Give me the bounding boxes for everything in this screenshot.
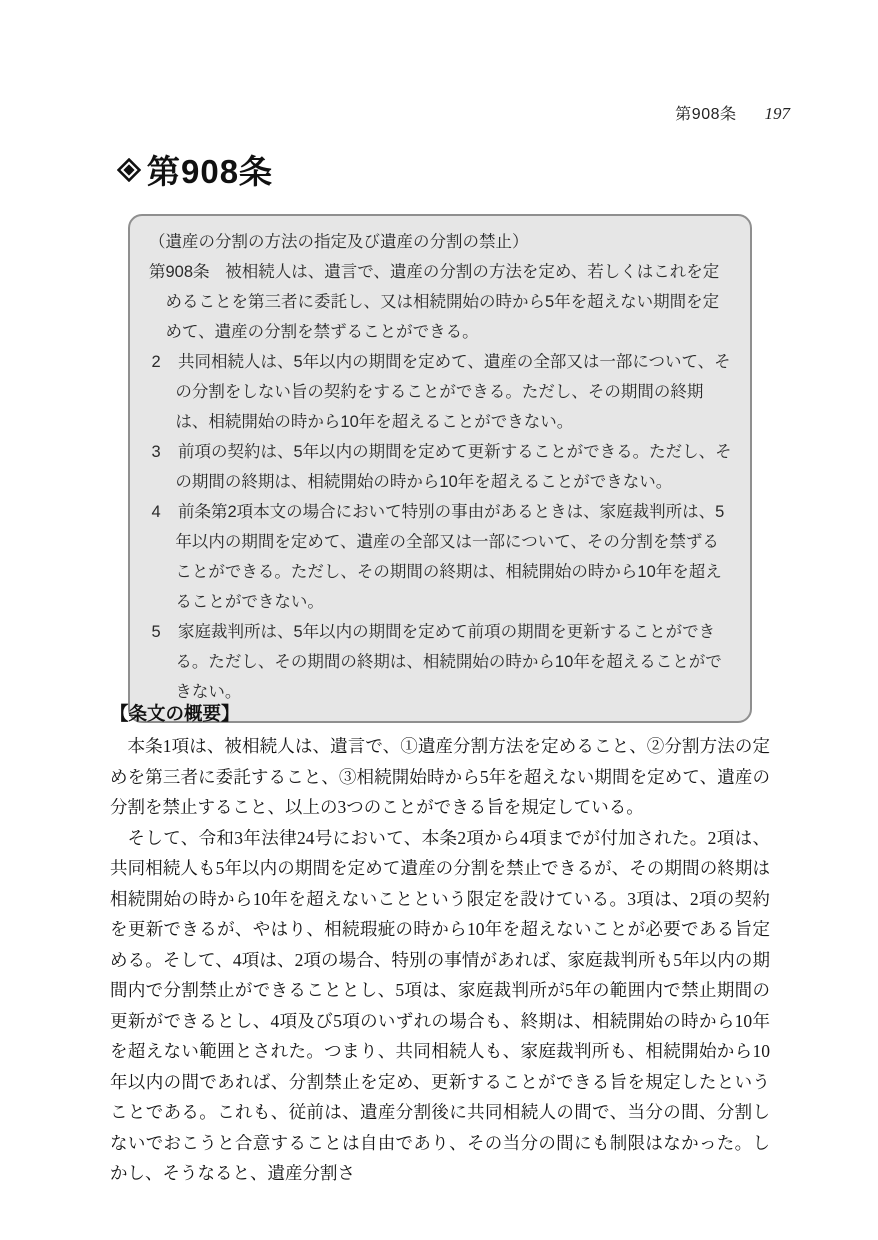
statute-heading: （遺産の分割の方法の指定及び遺産の分割の禁止） <box>149 227 732 257</box>
running-head-article: 第908条 <box>675 101 736 124</box>
statute-clause-2: 2共同相続人は、5年以内の期間を定めて、遺産の全部又は一部について、その分割をし… <box>149 347 732 437</box>
clause-label: 第908条 <box>149 263 210 281</box>
diamond-icon <box>117 158 141 182</box>
overview-paragraph-2: そして、令和3年法律24号において、本条2項から4項までが付加された。2項は、共… <box>110 823 770 1189</box>
clause-label: 5 <box>151 623 160 641</box>
statute-clause-5: 5家庭裁判所は、5年以内の期間を定めて前項の期間を更新することができる。ただし、… <box>149 617 732 707</box>
statute-clause-1: 第908条被相続人は、遺言で、遺産の分割の方法を定め、若しくはこれを定めることを… <box>149 257 732 347</box>
overview-section: 【条文の概要】 本条1項は、被相続人は、遺言で、①遺産分割方法を定めること、②分… <box>110 700 770 1189</box>
book-page: 第908条 197 第908条 （遺産の分割の方法の指定及び遺産の分割の禁止） … <box>0 0 878 1240</box>
article-title: 第908条 <box>117 146 273 193</box>
clause-label: 4 <box>151 503 160 521</box>
clause-text: 家庭裁判所は、5年以内の期間を定めて前項の期間を更新することができる。ただし、そ… <box>175 623 721 701</box>
overview-body: 本条1項は、被相続人は、遺言で、①遺産分割方法を定めること、②分割方法の定めを第… <box>110 731 770 1189</box>
clause-text: 前条第2項本文の場合において特別の事由があるときは、家庭裁判所は、5年以内の期間… <box>175 503 724 611</box>
clause-label: 2 <box>151 353 160 371</box>
overview-heading: 【条文の概要】 <box>110 700 770 726</box>
running-head: 第908条 197 <box>675 101 790 124</box>
clause-text: 共同相続人は、5年以内の期間を定めて、遺産の全部又は一部について、その分割をしな… <box>175 353 730 431</box>
page-number: 197 <box>765 104 791 124</box>
article-title-text: 第908条 <box>147 146 273 193</box>
statute-clause-4: 4前条第2項本文の場合において特別の事由があるときは、家庭裁判所は、5年以内の期… <box>149 497 732 617</box>
clause-label: 3 <box>151 443 160 461</box>
statute-box: （遺産の分割の方法の指定及び遺産の分割の禁止） 第908条被相続人は、遺言で、遺… <box>128 214 752 723</box>
clause-text: 前項の契約は、5年以内の期間を定めて更新することができる。ただし、その期間の終期… <box>175 443 731 491</box>
clause-text: 被相続人は、遺言で、遺産の分割の方法を定め、若しくはこれを定めることを第三者に委… <box>166 263 720 341</box>
statute-clause-3: 3前項の契約は、5年以内の期間を定めて更新することができる。ただし、その期間の終… <box>149 437 732 497</box>
overview-paragraph-1: 本条1項は、被相続人は、遺言で、①遺産分割方法を定めること、②分割方法の定めを第… <box>110 731 770 823</box>
